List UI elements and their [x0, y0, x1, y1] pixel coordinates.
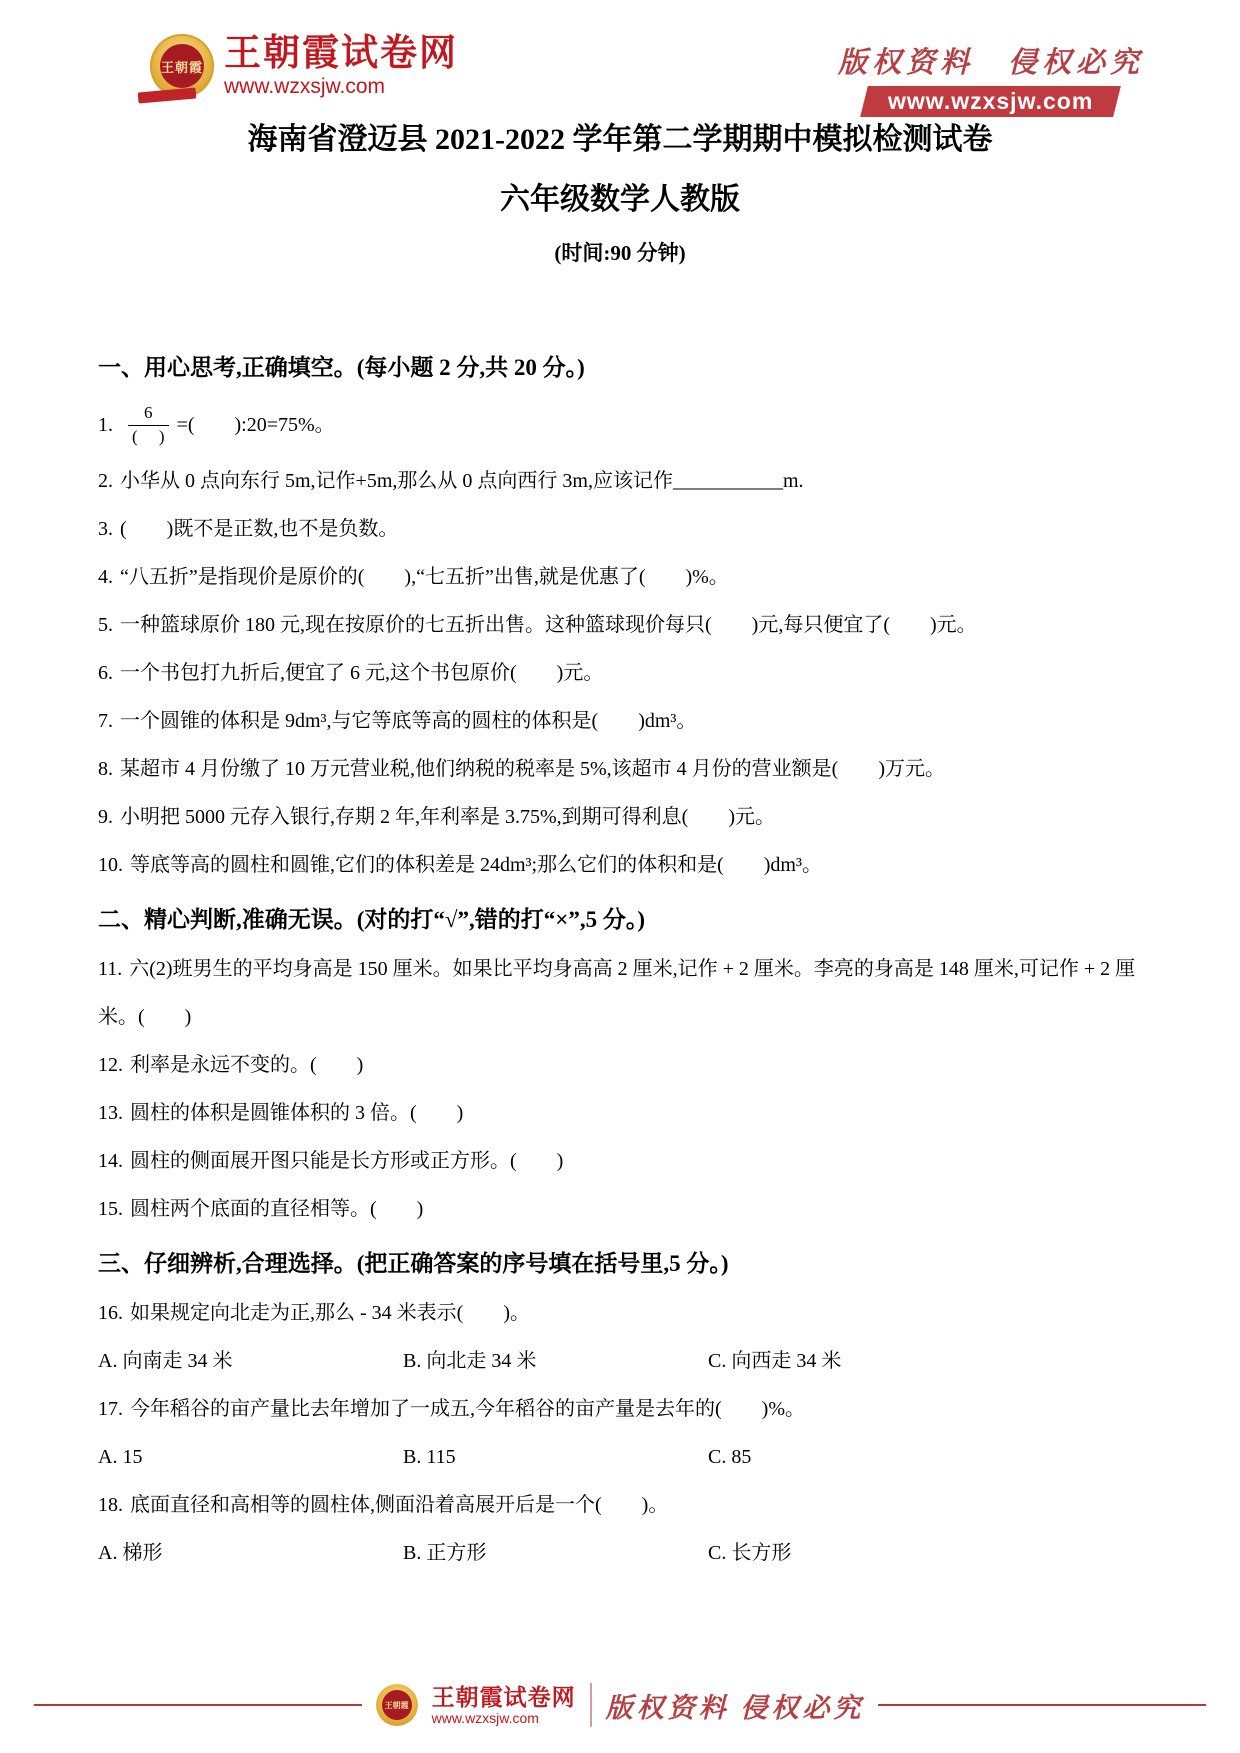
fraction-denominator: ( )	[128, 425, 169, 448]
question-text: 一个书包打九折后,便宜了 6 元,这个书包原价( )元。	[120, 662, 603, 684]
logo-medal-text: 王朝霞	[160, 44, 204, 88]
footer-site-name: 王朝霞试卷网	[432, 1685, 576, 1709]
question-number: 3.	[98, 518, 113, 540]
question-18-options: A. 梯形 B. 正方形 C. 长方形	[98, 1529, 1142, 1577]
question-number: 18.	[98, 1494, 123, 1516]
exam-content: 一、用心思考,正确填空。(每小题 2 分,共 20 分。) 1. 6 ( ) =…	[0, 343, 1240, 1577]
fraction-numerator: 6	[132, 402, 165, 424]
time-note: (时间:90 分钟)	[0, 237, 1240, 267]
question-text: 等底等高的圆柱和圆锥,它们的体积差是 24dm³;那么它们的体积和是( )dm³…	[130, 854, 822, 876]
exam-paper-page: 王朝霞 王朝霞试卷网 www.wzxsjw.com 版权资料 侵权必究 www.…	[0, 0, 1240, 1753]
footer-site-url: www.wzxsjw.com	[432, 1711, 576, 1726]
question-number: 9.	[98, 806, 113, 828]
question-text: “八五折”是指现价是原价的( ),“七五折”出售,就是优惠了( )%。	[120, 566, 729, 588]
question-4: 4.“八五折”是指现价是原价的( ),“七五折”出售,就是优惠了( )%。	[98, 553, 1142, 601]
question-text: 今年稻谷的亩产量比去年增加了一成五,今年稻谷的亩产量是去年的( )%。	[130, 1398, 805, 1420]
question-8: 8.某超市 4 月份缴了 10 万元营业税,他们纳税的税率是 5%,该超市 4 …	[98, 745, 1142, 793]
question-number: 2.	[98, 470, 113, 492]
question-12: 12.利率是永远不变的。( )	[98, 1041, 1142, 1089]
option-b: B. 向北走 34 米	[403, 1337, 708, 1385]
question-number: 16.	[98, 1302, 123, 1324]
url-banner: www.wzxsjw.com	[860, 86, 1121, 117]
logo-ribbon	[138, 87, 197, 103]
footer-slogan: 版权资料 侵权必究	[606, 1686, 865, 1725]
question-text: 一种篮球原价 180 元,现在按原价的七五折出售。这种篮球现价每只( )元,每只…	[120, 614, 977, 636]
option-c: C. 向西走 34 米	[708, 1337, 1142, 1385]
question-text: 圆柱的侧面展开图只能是长方形或正方形。( )	[130, 1150, 563, 1172]
question-number: 6.	[98, 662, 113, 684]
page-header: 王朝霞 王朝霞试卷网 www.wzxsjw.com 版权资料 侵权必究 www.…	[0, 0, 1240, 117]
question-6: 6.一个书包打九折后,便宜了 6 元,这个书包原价( )元。	[98, 649, 1142, 697]
logo-medal-icon: 王朝霞	[150, 34, 214, 98]
question-number: 17.	[98, 1398, 123, 1420]
question-text: 小华从 0 点向东行 5m,记作+5m,那么从 0 点向西行 3m,应该记作__…	[120, 470, 804, 492]
question-7: 7.一个圆锥的体积是 9dm³,与它等底等高的圆柱的体积是( )dm³。	[98, 697, 1142, 745]
footer-logo-medal-text: 王朝霞	[382, 1690, 412, 1720]
question-text: 底面直径和高相等的圆柱体,侧面沿着高展开后是一个( )。	[130, 1494, 668, 1516]
option-a: A. 梯形	[98, 1529, 403, 1577]
paper-title: 海南省澄迈县 2021-2022 学年第二学期期中模拟检测试卷	[0, 121, 1240, 159]
question-number: 4.	[98, 566, 113, 588]
footer-logo-medal-icon: 王朝霞	[376, 1684, 418, 1726]
question-15: 15.圆柱两个底面的直径相等。( )	[98, 1185, 1142, 1233]
footer-rule-right	[878, 1704, 1206, 1706]
question-text: 如果规定向北走为正,那么 - 34 米表示( )。	[130, 1302, 530, 1324]
question-1: 1. 6 ( ) =( ):20=75%。	[98, 393, 1142, 457]
option-c: C. 85	[708, 1433, 1142, 1481]
footer-rule-left	[34, 1704, 362, 1706]
question-number: 14.	[98, 1150, 123, 1172]
question-16: 16.如果规定向北走为正,那么 - 34 米表示( )。	[98, 1289, 1142, 1337]
section-3-heading: 三、仔细辨析,合理选择。(把正确答案的序号填在括号里,5 分。)	[98, 1239, 1142, 1289]
question-17: 17.今年稻谷的亩产量比去年增加了一成五,今年稻谷的亩产量是去年的( )%。	[98, 1385, 1142, 1433]
site-name: 王朝霞试卷网	[224, 34, 458, 73]
option-c: C. 长方形	[708, 1529, 1142, 1577]
option-b: B. 115	[403, 1433, 708, 1481]
option-a: A. 向南走 34 米	[98, 1337, 403, 1385]
site-logo: 王朝霞 王朝霞试卷网 www.wzxsjw.com	[150, 34, 458, 98]
option-a: A. 15	[98, 1433, 403, 1481]
question-number: 11.	[98, 958, 122, 980]
question-number: 7.	[98, 710, 113, 732]
section-2-heading: 二、精心判断,准确无误。(对的打“√”,错的打“×”,5 分。)	[98, 895, 1142, 945]
question-number: 10.	[98, 854, 123, 876]
question-number: 8.	[98, 758, 113, 780]
question-11: 11.六(2)班男生的平均身高是 150 厘米。如果比平均身高高 2 厘米,记作…	[98, 945, 1142, 1041]
question-17-options: A. 15 B. 115 C. 85	[98, 1433, 1142, 1481]
question-number: 12.	[98, 1054, 123, 1076]
question-14: 14.圆柱的侧面展开图只能是长方形或正方形。( )	[98, 1137, 1142, 1185]
question-number: 1.	[98, 401, 113, 449]
question-2: 2.小华从 0 点向东行 5m,记作+5m,那么从 0 点向西行 3m,应该记作…	[98, 457, 1142, 505]
copyright-slogan: 版权资料 侵权必究	[838, 40, 1144, 81]
question-text: 六(2)班男生的平均身高是 150 厘米。如果比平均身高高 2 厘米,记作 + …	[98, 958, 1135, 1028]
footer-divider	[590, 1683, 592, 1727]
paper-subtitle: 六年级数学人教版	[0, 181, 1240, 219]
question-number: 5.	[98, 614, 113, 636]
url-banner-text: www.wzxsjw.com	[888, 88, 1093, 115]
question-13: 13.圆柱的体积是圆锥体积的 3 倍。( )	[98, 1089, 1142, 1137]
logo-row: 王朝霞 王朝霞试卷网 www.wzxsjw.com	[150, 34, 458, 98]
question-text: 一个圆锥的体积是 9dm³,与它等底等高的圆柱的体积是( )dm³。	[120, 710, 696, 732]
option-b: B. 正方形	[403, 1529, 708, 1577]
question-text: 小明把 5000 元存入银行,存期 2 年,年利率是 3.75%,到期可得利息(…	[120, 806, 775, 828]
question-5: 5.一种篮球原价 180 元,现在按原价的七五折出售。这种篮球现价每只( )元,…	[98, 601, 1142, 649]
logo-texts: 王朝霞试卷网 www.wzxsjw.com	[224, 34, 458, 98]
question-text: 利率是永远不变的。( )	[130, 1054, 363, 1076]
question-3: 3.( )既不是正数,也不是负数。	[98, 505, 1142, 553]
copyright-block: 版权资料 侵权必究 www.wzxsjw.com	[838, 40, 1144, 117]
question-number: 13.	[98, 1102, 123, 1124]
question-text: 圆柱两个底面的直径相等。( )	[130, 1198, 423, 1220]
fraction: 6 ( )	[128, 402, 169, 447]
question-text: =( ):20=75%。	[177, 401, 335, 449]
question-18: 18.底面直径和高相等的圆柱体,侧面沿着高展开后是一个( )。	[98, 1481, 1142, 1529]
question-text: 某超市 4 月份缴了 10 万元营业税,他们纳税的税率是 5%,该超市 4 月份…	[120, 758, 945, 780]
question-16-options: A. 向南走 34 米 B. 向北走 34 米 C. 向西走 34 米	[98, 1337, 1142, 1385]
site-url: www.wzxsjw.com	[224, 76, 458, 98]
question-10: 10.等底等高的圆柱和圆锥,它们的体积差是 24dm³;那么它们的体积和是( )…	[98, 841, 1142, 889]
question-number: 15.	[98, 1198, 123, 1220]
question-text: ( )既不是正数,也不是负数。	[120, 518, 398, 540]
footer-logo-texts: 王朝霞试卷网 www.wzxsjw.com	[432, 1685, 576, 1726]
question-9: 9.小明把 5000 元存入银行,存期 2 年,年利率是 3.75%,到期可得利…	[98, 793, 1142, 841]
question-text: 圆柱的体积是圆锥体积的 3 倍。( )	[130, 1102, 463, 1124]
section-1-heading: 一、用心思考,正确填空。(每小题 2 分,共 20 分。)	[98, 343, 1142, 393]
page-footer: 王朝霞 王朝霞试卷网 www.wzxsjw.com 版权资料 侵权必究	[0, 1683, 1240, 1727]
